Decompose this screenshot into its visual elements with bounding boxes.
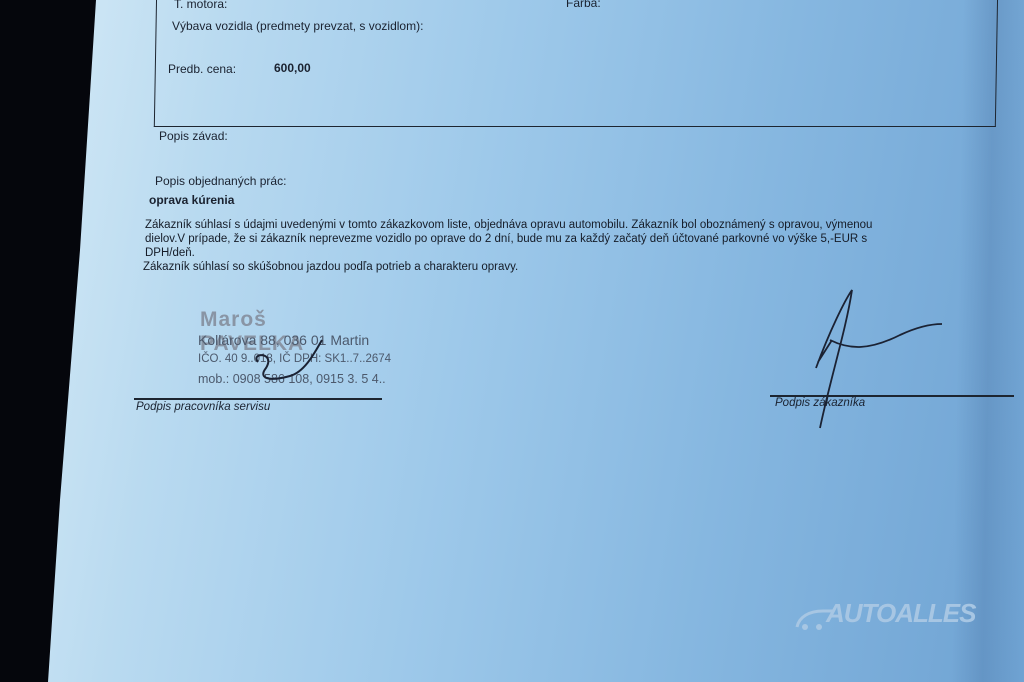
signatures xyxy=(0,0,1024,682)
customer-signature-label: Podpis zákazníka xyxy=(775,397,865,409)
service-signature-icon xyxy=(256,340,322,379)
service-signature-line xyxy=(134,398,382,400)
service-signature-label: Podpis pracovníka servisu xyxy=(136,401,270,413)
watermark-brand: AUTOALLES xyxy=(826,598,975,629)
